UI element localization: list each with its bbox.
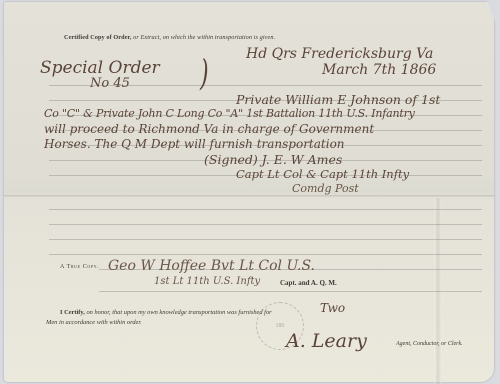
aqm-title: Capt. and A. Q. M. [280,279,337,287]
certify-bold: I Certify, [60,309,85,316]
body-line-4: Horses. The Q M Dept will furnish transp… [44,137,345,151]
printed-header: Certified Copy of Order, or Extract, on … [64,34,275,41]
horizontal-fold-line [4,195,494,198]
special-order-title: Special Order [40,58,160,78]
ruled-line [49,209,482,210]
body-line-2: Co "C" & Private John C Long Co "A" 1st … [44,107,415,120]
true-copy-signature: Geo W Hoffee Bvt Lt Col U.S. [108,258,315,274]
agent-signature: A. Leary [286,330,367,352]
signer-command: Comdg Post [292,182,359,195]
certification-text: I Certify, on honor, that upon my own kn… [60,309,272,316]
ruled-line [49,239,482,240]
bracket: ) [200,55,209,95]
body-line-3: will proceed to Richmond Va in charge of… [44,122,374,136]
certification-line-2: Men in accordance with within order. [46,319,142,326]
header-bold-text: Certified Copy of Order, [64,34,131,41]
document-paper: Certified Copy of Order, or Extract, on … [4,2,494,382]
ruled-line [49,254,482,255]
true-copy-label: A True Copy. [60,264,99,270]
agent-title: Agent, Conductor, or Clerk. [396,341,463,347]
signed-line: (Signed) J. E. W Ames [204,152,342,167]
body-line-1: Private William E Johnson of 1st [236,92,440,107]
certify-italic: on honor, that upon my own knowledge tra… [86,309,271,316]
header-italic-text: or Extract, on which the within transpor… [133,34,275,41]
men-count: Two [320,301,345,315]
special-order-number: No 45 [90,76,130,91]
true-copy-signature-rank: 1st Lt 11th U.S. Infty [154,276,260,287]
ruled-line [99,291,482,292]
order-date: March 7th 1866 [322,62,436,78]
headquarters-place: Hd Qrs Fredericksburg Va [246,46,433,62]
ruled-line [49,224,482,225]
signer-rank: Capt Lt Col & Capt 11th Infty [236,167,409,181]
